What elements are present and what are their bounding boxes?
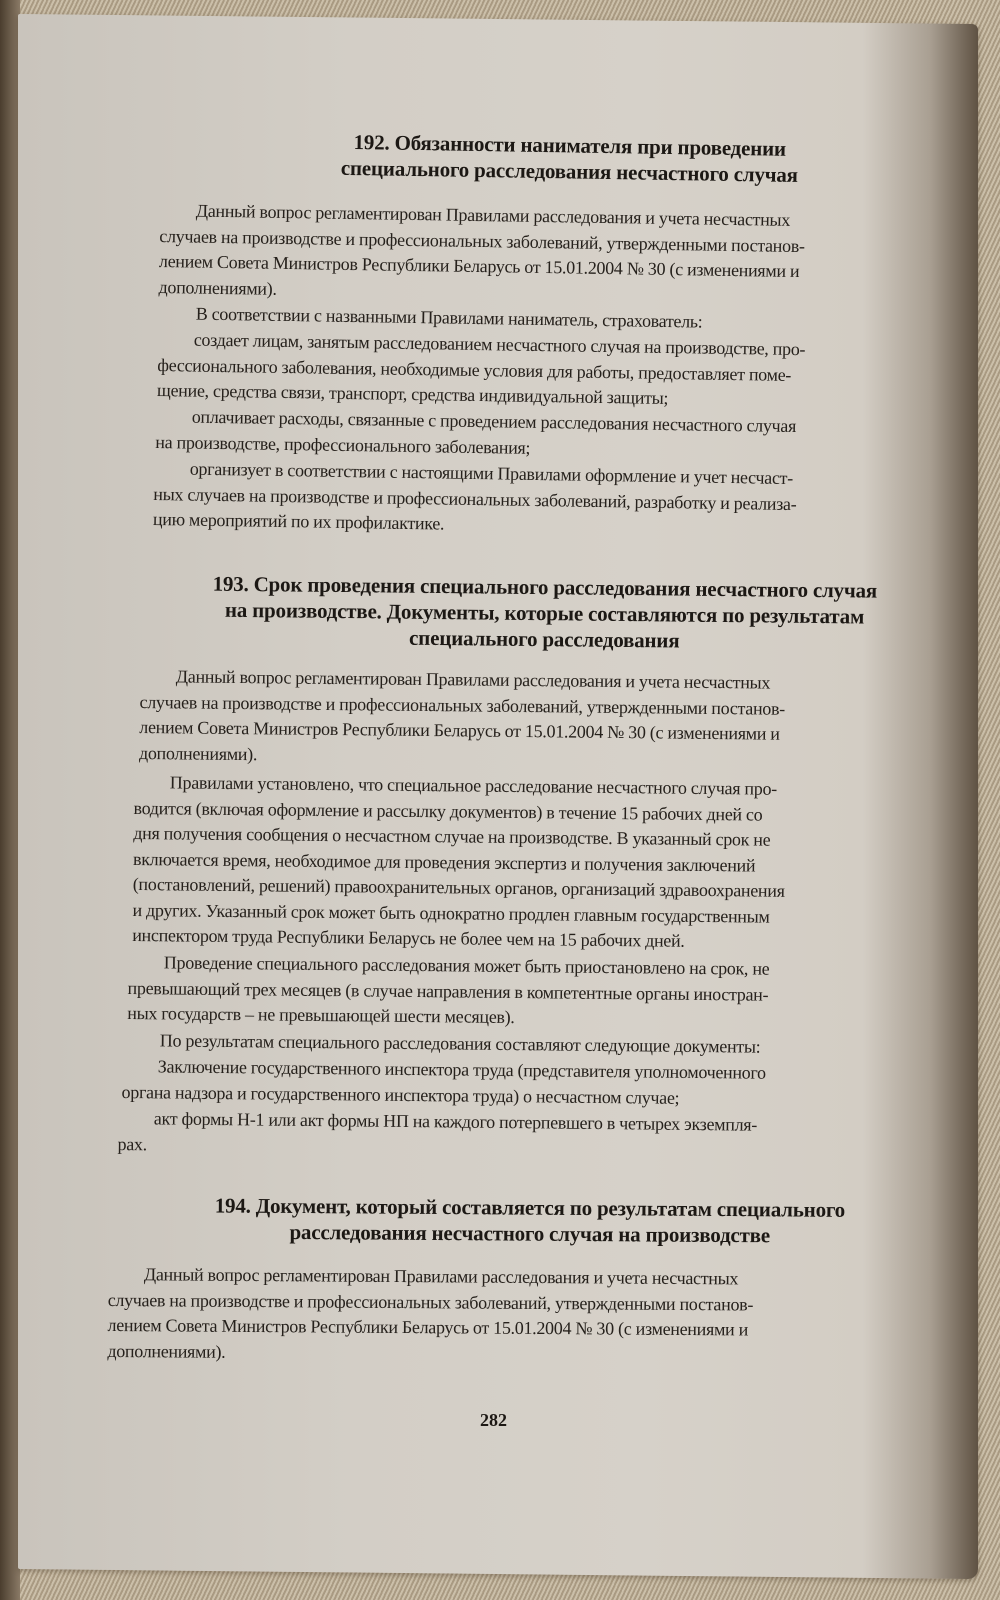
section-194-heading: 194. Документ, который составляется по р… xyxy=(150,1192,910,1249)
section-194-paragraph-1: Данный вопрос регламентирован Правилами … xyxy=(107,1262,898,1370)
section-193-paragraph-6: акт формы Н-1 или акт формы НП на каждог… xyxy=(117,1106,907,1165)
text-line: дополнениями). xyxy=(107,1338,897,1369)
section-192-paragraph-1: Данный вопрос регламентирован Правилами … xyxy=(158,198,950,312)
section-193-paragraph-5: Заключение государственного инспектора т… xyxy=(121,1054,911,1113)
section-192-heading: 192. Обязанности нанимателя при проведен… xyxy=(289,128,850,189)
heading-line: расследования несчастного случая на прои… xyxy=(150,1218,910,1249)
page-content: 192. Обязанности нанимателя при проведен… xyxy=(0,0,1000,1600)
section-192-paragraph-3: создает лицам, занятым расследованием не… xyxy=(157,327,948,416)
section-193-paragraph-2: Правилами установлено, что специальное р… xyxy=(132,770,924,957)
section-193-heading: 193. Срок проведения специального рассле… xyxy=(149,570,940,656)
section-193-paragraph-1: Данный вопрос регламентирован Правилами … xyxy=(139,664,930,774)
section-193-paragraph-3: Проведение специального расследования мо… xyxy=(127,950,918,1035)
section-192-paragraph-5: организует в соответствии с настоящими П… xyxy=(153,456,944,545)
page-number: 282 xyxy=(480,1410,507,1431)
heading-line: 194. Документ, который составляется по р… xyxy=(150,1192,910,1223)
